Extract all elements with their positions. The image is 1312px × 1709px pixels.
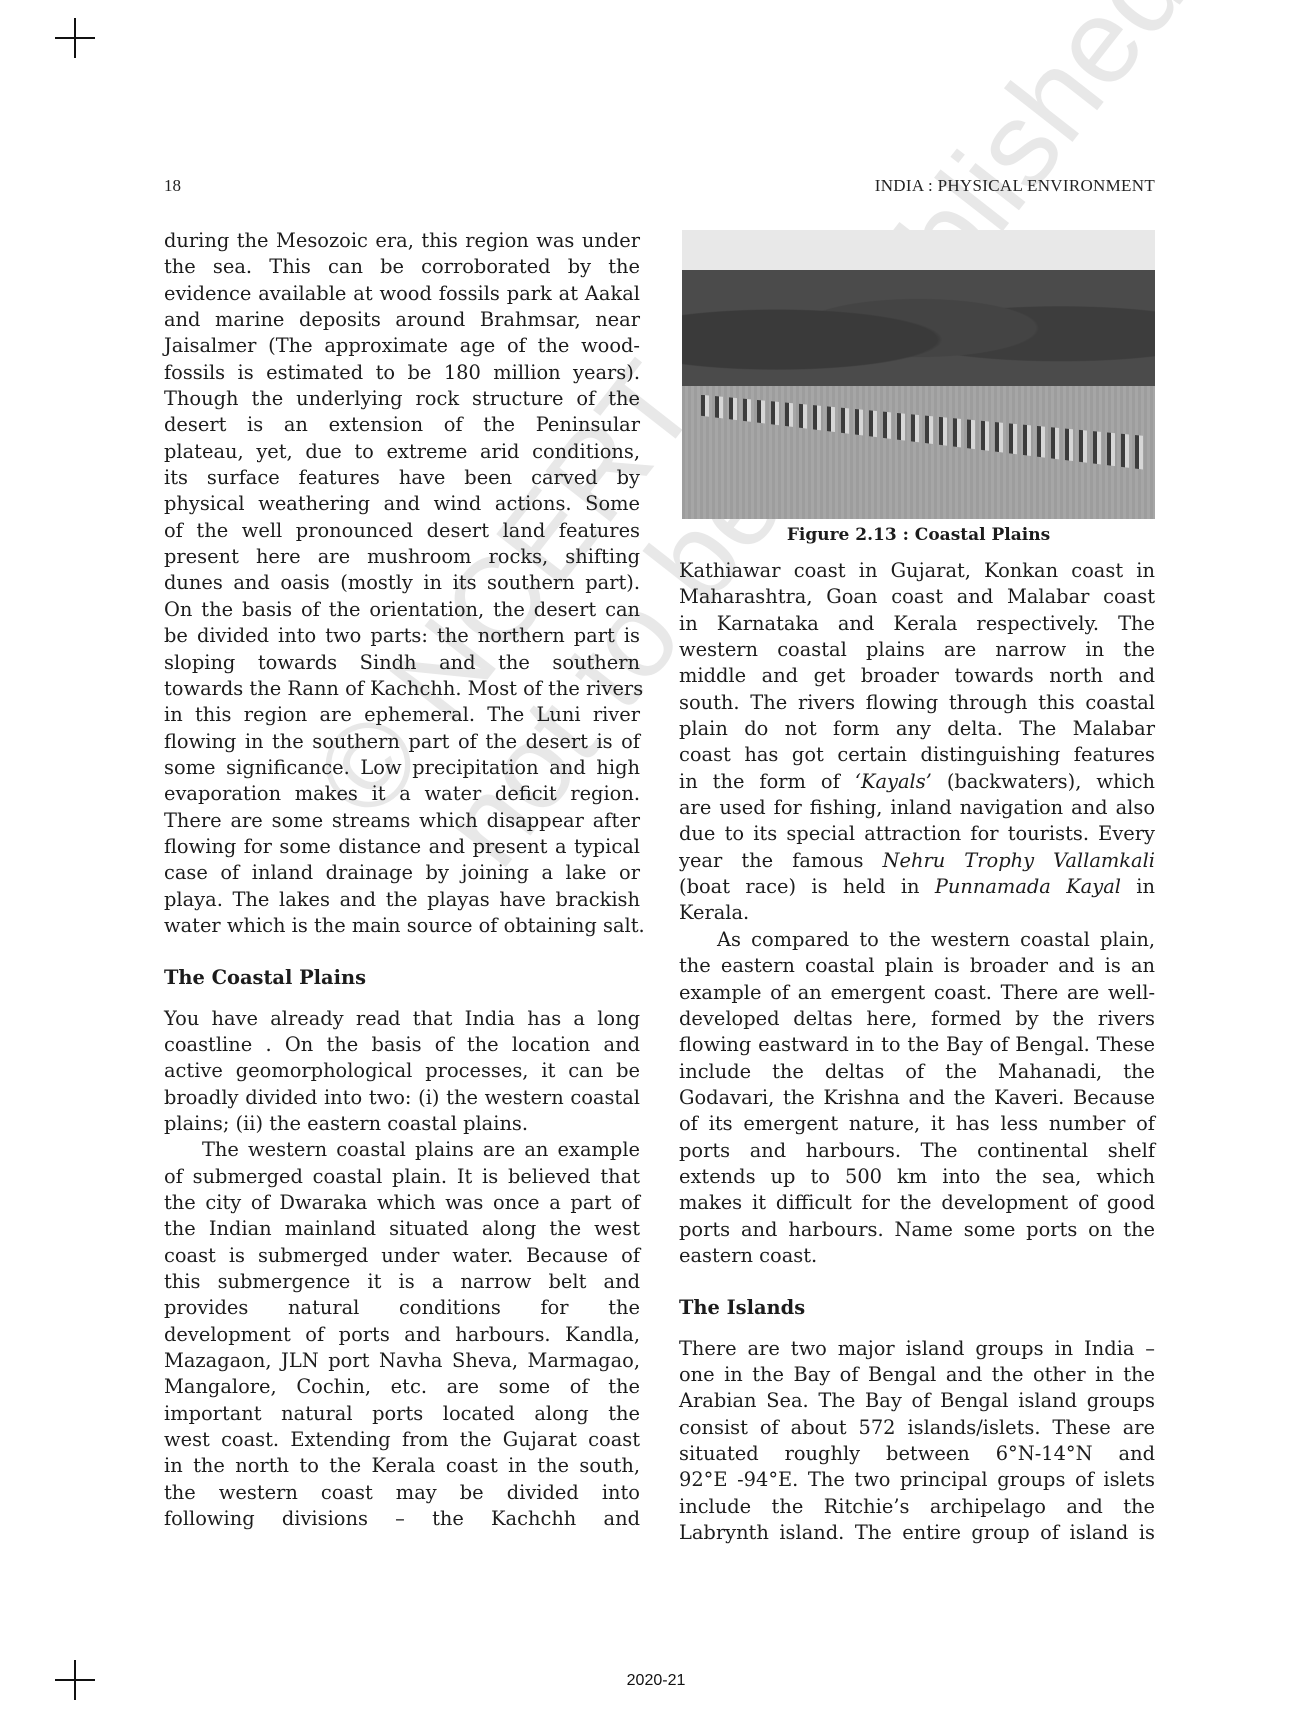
text-line: Maharashtra, Goan coast and Malabar coas… (679, 584, 1155, 610)
text-line: Jaisalmer (The approximate age of the wo… (164, 333, 640, 359)
text-line: As compared to the western coastal plain… (679, 927, 1155, 953)
text-line: fossils is estimated to be 180 million y… (164, 360, 640, 386)
text-line: coastline . On the basis of the location… (164, 1032, 640, 1058)
kerala-line: Kerala. (679, 900, 1155, 926)
text-line: west coast. Extending from the Gujarat c… (164, 1427, 640, 1453)
section-heading-islands: The Islands (679, 1295, 1155, 1321)
text-line: flowing in the southern part of the dese… (164, 729, 640, 755)
text-line: this submergence it is a narrow belt and (164, 1269, 640, 1295)
text-line: some significance. Low precipitation and… (164, 755, 640, 781)
text-line: You have already read that India has a l… (164, 1006, 640, 1032)
text-line: ports and harbours. The continental shel… (679, 1138, 1155, 1164)
paragraph-eastern-coast: As compared to the western coastal plain… (679, 927, 1155, 1269)
kayals-line: in the form of ‘Kayals’ (backwaters), wh… (679, 769, 1155, 795)
text-line: the city of Dwaraka which was once a par… (164, 1190, 640, 1216)
text-line: coast has got certain distinguishing fea… (679, 742, 1155, 768)
text-line: dunes and oasis (mostly in its southern … (164, 570, 640, 596)
text-line: during the Mesozoic era, this region was… (164, 228, 640, 254)
text-line: Kathiawar coast in Gujarat, Konkan coast… (679, 558, 1155, 584)
text-line: provides natural conditions for the (164, 1295, 640, 1321)
text-line: desert is an extension of the Peninsular (164, 412, 640, 438)
text-line: Godavari, the Krishna and the Kaveri. Be… (679, 1085, 1155, 1111)
text-line: The western coastal plains are an exampl… (164, 1137, 640, 1163)
text-line: due to its special attraction for touris… (679, 821, 1155, 847)
nehru-trophy-line: year the famous Nehru Trophy Vallamkali (679, 848, 1155, 874)
text-line: flowing eastward in to the Bay of Bengal… (679, 1032, 1155, 1058)
paragraph-islands: There are two major island groups in Ind… (679, 1336, 1155, 1547)
text-line: evaporation makes it a water deficit reg… (164, 781, 640, 807)
left-column: during the Mesozoic era, this region was… (164, 228, 640, 1533)
text-line: plain do not form any delta. The Malabar (679, 716, 1155, 742)
text-line: water which is the main source of obtain… (164, 913, 640, 939)
paragraph-desert: during the Mesozoic era, this region was… (164, 228, 640, 939)
text-line: 92°E -94°E. The two principal groups of … (679, 1467, 1155, 1493)
text-line: the Indian mainland situated along the w… (164, 1216, 640, 1242)
text-line: plateau, yet, due to extreme arid condit… (164, 439, 640, 465)
text-line: developed deltas here, formed by the riv… (679, 1006, 1155, 1032)
text-line: the eastern coastal plain is broader and… (679, 953, 1155, 979)
text-line: include the Ritchie’s archipelago and th… (679, 1494, 1155, 1520)
text-line: the western coast may be divided into (164, 1480, 640, 1506)
text-line: case of inland drainage by joining a lak… (164, 860, 640, 886)
text-line: makes it difficult for the development o… (679, 1190, 1155, 1216)
figure-caption: Figure 2.13 : Coastal Plains (682, 525, 1155, 545)
text-line: one in the Bay of Bengal and the other i… (679, 1362, 1155, 1388)
text-line: of submerged coastal plain. It is believ… (164, 1164, 640, 1190)
page-number: 18 (164, 176, 181, 196)
term-punnamada-kayal: Punnamada Kayal (935, 875, 1121, 898)
paragraph-western-coast: The western coastal plains are an exampl… (164, 1137, 640, 1532)
text-line: of its emergent nature, it has less numb… (679, 1111, 1155, 1137)
text-line: There are some streams which disappear a… (164, 808, 640, 834)
text-line: On the basis of the orientation, the des… (164, 597, 640, 623)
paragraph-west-coast-divisions: Kathiawar coast in Gujarat, Konkan coast… (679, 558, 1155, 769)
text-line: There are two major island groups in Ind… (679, 1336, 1155, 1362)
text-line: are used for fishing, inland navigation … (679, 795, 1155, 821)
text-line: coast is submerged under water. Because … (164, 1243, 640, 1269)
text-line: be divided into two parts: the northern … (164, 623, 640, 649)
text-line: important natural ports located along th… (164, 1401, 640, 1427)
running-title: INDIA : PHYSICAL ENVIRONMENT (875, 176, 1155, 196)
text-line: and marine deposits around Brahmsar, nea… (164, 307, 640, 333)
crop-mark-top-left (55, 18, 95, 58)
text-line: Arabian Sea. The Bay of Bengal island gr… (679, 1388, 1155, 1414)
text-line: towards the Rann of Kachchh. Most of the… (164, 676, 640, 702)
text-line: its surface features have been carved by (164, 465, 640, 491)
text-line: active geomorphological processes, it ca… (164, 1058, 640, 1084)
text-line: flowing for some distance and present a … (164, 834, 640, 860)
footer-year: 2020-21 (0, 1672, 1312, 1690)
text-line: in this region are ephemeral. The Luni r… (164, 702, 640, 728)
text-line: playa. The lakes and the playas have bra… (164, 887, 640, 913)
text-line: physical weathering and wind actions. So… (164, 491, 640, 517)
boat-race-line: (boat race) is held in Punnamada Kayal i… (679, 874, 1155, 900)
photo-palm-trees (682, 270, 1155, 386)
page-header: 18 INDIA : PHYSICAL ENVIRONMENT (164, 176, 1155, 198)
text-line: Though the underlying rock structure of … (164, 386, 640, 412)
text-line: present here are mushroom rocks, shiftin… (164, 544, 640, 570)
term-kayals: ‘Kayals’ (855, 770, 932, 793)
spacer (164, 939, 640, 961)
text-line: the sea. This can be corroborated by the (164, 254, 640, 280)
text-line: south. The rivers flowing through this c… (679, 690, 1155, 716)
text-line: eastern coast. (679, 1243, 1155, 1269)
right-column: Kathiawar coast in Gujarat, Konkan coast… (679, 558, 1155, 1546)
text-line: Mazagaon, JLN port Navha Sheva, Marmagao… (164, 1348, 640, 1374)
text-line: consist of about 572 islands/islets. The… (679, 1415, 1155, 1441)
paragraph-kayals-cont: are used for fishing, inland navigation … (679, 795, 1155, 848)
term-nehru-trophy: Nehru Trophy Vallamkali (883, 849, 1155, 872)
text-line: Mangalore, Cochin, etc. are some of the (164, 1374, 640, 1400)
spacer (679, 1269, 1155, 1291)
text-line: middle and get broader towards north and (679, 663, 1155, 689)
figure-photo-coastal-plains (682, 230, 1155, 519)
text-line: of the well pronounced desert land featu… (164, 518, 640, 544)
text-line: evidence available at wood fossils park … (164, 281, 640, 307)
text-line: in the north to the Kerala coast in the … (164, 1453, 640, 1479)
text-line: plains; (ii) the eastern coastal plains. (164, 1111, 640, 1137)
text-line: western coastal plains are narrow in the (679, 637, 1155, 663)
paragraph-coastal-intro: You have already read that India has a l… (164, 1006, 640, 1138)
text-line: ports and harbours. Name some ports on t… (679, 1217, 1155, 1243)
section-heading-coastal-plains: The Coastal Plains (164, 965, 640, 991)
text-line: include the deltas of the Mahanadi, the (679, 1059, 1155, 1085)
text-line: development of ports and harbours. Kandl… (164, 1322, 640, 1348)
text-line: Labrynth island. The entire group of isl… (679, 1520, 1155, 1546)
text-line: extends up to 500 km into the sea, which (679, 1164, 1155, 1190)
text-line: broadly divided into two: (i) the wester… (164, 1085, 640, 1111)
text-line: following divisions – the Kachchh and (164, 1506, 640, 1532)
text-line: in Karnataka and Kerala respectively. Th… (679, 611, 1155, 637)
text-line: example of an emergent coast. There are … (679, 980, 1155, 1006)
text-line: situated roughly between 6°N-14°N and (679, 1441, 1155, 1467)
text-line: sloping towards Sindh and the southern (164, 650, 640, 676)
